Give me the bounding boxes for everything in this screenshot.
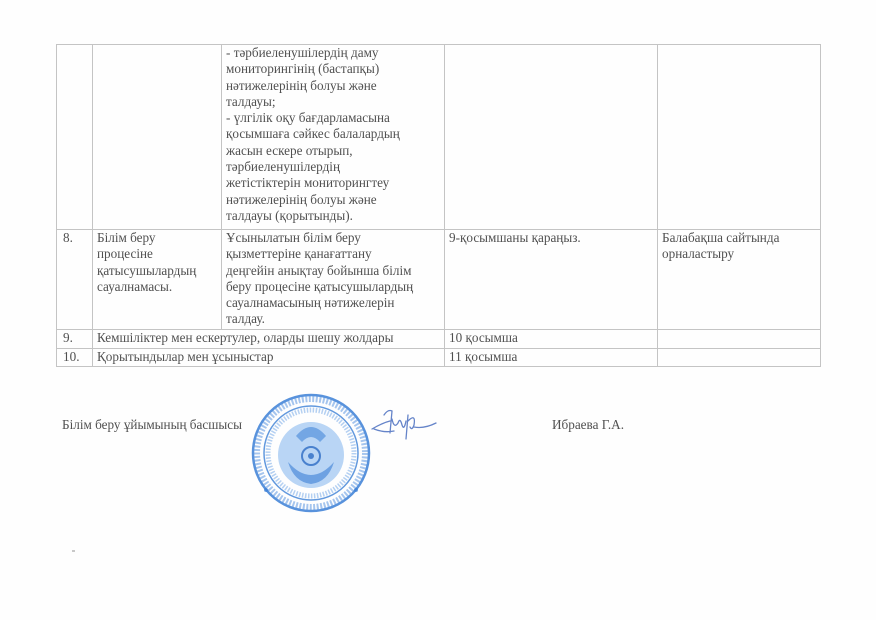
row-reference: 11 қосымша	[445, 349, 658, 367]
row-description: - тәрбиеленушілердің даму мониторингінің…	[222, 45, 445, 230]
row-reference	[445, 45, 658, 230]
row-title	[93, 45, 222, 230]
table-row: - тәрбиеленушілердің даму мониторингінің…	[57, 45, 821, 230]
row-note	[658, 349, 821, 367]
row-reference: 10 қосымша	[445, 330, 658, 349]
table-row: 8. Білім беру процесіне қатысушылардың с…	[57, 230, 821, 330]
signatory-name: Ибраева Г.А.	[552, 417, 624, 433]
row-note: Балабақша сайтында орналастыру	[658, 230, 821, 330]
row-description: Ұсынылатын білім беру қызметтеріне қанағ…	[222, 230, 445, 330]
signature-label: Білім беру ұйымының басшысы	[62, 417, 242, 433]
row-note	[658, 330, 821, 349]
report-table: - тәрбиеленушілердің даму мониторингінің…	[56, 44, 821, 367]
row-title: Білім беру процесіне қатысушылардың сауа…	[93, 230, 222, 330]
handwritten-signature-icon	[370, 405, 440, 441]
document-page: - тәрбиеленушілердің даму мониторингінің…	[0, 0, 876, 620]
table-row: 9. Кемшіліктер мен ескертулер, оларды ше…	[57, 330, 821, 349]
row-text: Қорытындылар мен ұсыныстар	[93, 349, 445, 367]
row-reference: 9-қосымшаны қараңыз.	[445, 230, 658, 330]
table-row: 10. Қорытындылар мен ұсыныстар 11 қосымш…	[57, 349, 821, 367]
row-number: 9.	[57, 330, 93, 349]
scan-artifact	[72, 550, 75, 552]
row-text: Кемшіліктер мен ескертулер, оларды шешу …	[93, 330, 445, 349]
row-number: 8.	[57, 230, 93, 330]
official-stamp-icon	[250, 392, 372, 514]
row-number	[57, 45, 93, 230]
row-number: 10.	[57, 349, 93, 367]
row-note	[658, 45, 821, 230]
